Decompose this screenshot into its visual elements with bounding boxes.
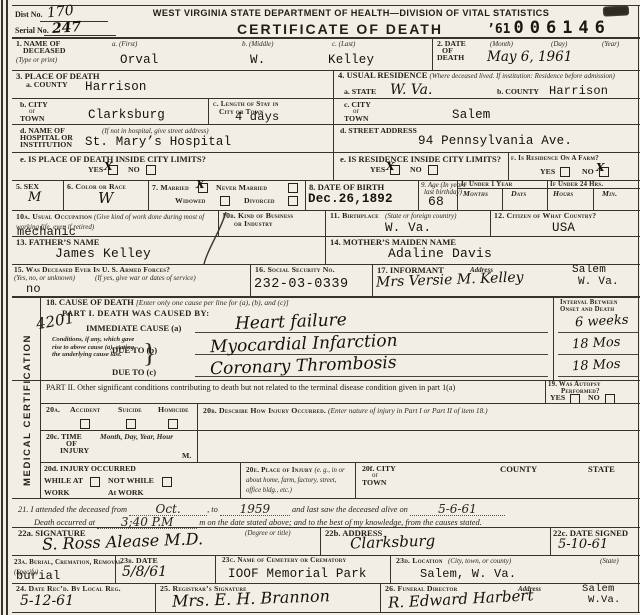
never-married-label: Never Married <box>216 184 267 193</box>
suicide-label: Suicide <box>118 406 142 415</box>
injury-occurred-label: 20d. INJURY OCCURRED <box>44 465 136 474</box>
homicide-checkbox <box>168 419 178 429</box>
first-name-value: Orval <box>120 53 159 67</box>
pen-stroke-artifact <box>196 210 236 268</box>
due-to-c-label: DUE TO (c) <box>112 368 156 377</box>
farm-no-mark: X <box>596 161 605 174</box>
cemetery-label: 23c. Name of Cemetery or Crematory <box>222 557 346 565</box>
burial-value: burial <box>16 569 60 583</box>
street-address-value: 94 Pennsylvania Ave. <box>418 134 572 148</box>
month-label: (Month) <box>490 40 513 48</box>
place-of-injury-header: 20e. Place of Injury (e. g., in or about… <box>246 465 351 495</box>
middle-name-value: W. <box>250 53 265 67</box>
burial-date-value: 5/8/61 <box>122 564 167 580</box>
cause-of-death-header: 18. CAUSE OF DEATH [Enter only one cause… <box>46 298 546 308</box>
death-limits-no-checkbox <box>146 165 156 175</box>
dept-title: WEST VIRGINIA STATE DEPARTMENT OF HEALTH… <box>108 8 594 18</box>
accident-label: Accident <box>70 406 100 415</box>
homicide-label: Homicide <box>158 406 189 415</box>
cemetery-value: IOOF Memorial Park <box>228 567 367 581</box>
top-border <box>12 5 640 6</box>
left-inner-border <box>6 0 8 615</box>
residence-limits-yes-mark: X <box>386 160 395 173</box>
street-address-label: d. STREET ADDRESS <box>340 127 417 136</box>
birthplace-note: (State or foreign country) <box>385 212 456 220</box>
divider <box>208 98 209 124</box>
days-label: Days <box>511 190 526 199</box>
race-label: 6. Color or Race <box>67 183 126 192</box>
length-of-stay-value: 4 days <box>235 110 279 124</box>
farm-label: f. Is Residence On A Farm? <box>511 155 599 163</box>
interval-c-value: 18 Mos <box>572 357 621 375</box>
hours-label: Hours <box>553 190 573 199</box>
divorced-checkbox <box>288 196 298 206</box>
under-24-hrs-label: If Under 24 Hrs. <box>550 181 603 188</box>
place-of-injury-label: 20e. Place of Injury <box>246 466 313 474</box>
birthplace-label: 11. Birthplace <box>330 212 379 221</box>
cause-of-death-note: [Enter only one cause per line for (a), … <box>136 298 289 307</box>
never-married-checkbox <box>288 183 298 193</box>
death-date-value: May 6, 1961 <box>487 49 572 65</box>
rule <box>12 180 640 181</box>
attended-text2: , to <box>207 505 218 514</box>
no-label: NO <box>128 166 140 175</box>
yes-label: YES <box>540 168 555 177</box>
divider <box>380 583 381 612</box>
father-name-value: James Kelley <box>55 246 151 261</box>
certificate-title: CERTIFICATE OF DEATH <box>200 21 480 37</box>
meridiem-label: M. <box>182 452 191 461</box>
stamp-number: 006146 <box>513 18 610 38</box>
business-label2: or Industry <box>234 220 273 229</box>
immediate-cause-label: IMMEDIATE CAUSE (a) <box>86 324 181 333</box>
bottom-border <box>12 612 640 613</box>
birth-date-value: Dec.26,1892 <box>308 192 393 206</box>
rule <box>40 403 640 404</box>
divider <box>418 180 419 210</box>
occupation-label-bold: 10a. Usual Occupation <box>16 212 92 221</box>
at-work-label: At WORK <box>108 489 144 498</box>
residence-city-limits-label: e. IS RESIDENCE INSIDE CITY LIMITS? <box>340 155 501 164</box>
age-value: 68 <box>428 194 444 209</box>
residence-label-bold: 4. USUAL RESIDENCE <box>338 70 428 80</box>
cause-a-value: Heart failure <box>235 310 347 334</box>
funeral-director-address-line2: W.Va. <box>588 594 621 606</box>
ssn-label: 16. Social Security No. <box>255 266 335 275</box>
attended-text5: m on the date stated above; and to the b… <box>199 518 482 527</box>
birthplace-value: W. Va. <box>385 221 431 235</box>
informant-address-line2: W. Va. <box>578 276 619 288</box>
interval-b-line <box>558 354 638 355</box>
day-label: (Day) <box>551 40 567 48</box>
divider <box>325 210 326 264</box>
divider <box>490 210 491 236</box>
work-label: WORK <box>44 489 70 498</box>
divider <box>593 188 594 210</box>
race-value: W <box>98 189 113 207</box>
married-label: 7. Married <box>152 184 189 193</box>
armed-forces-label: 15. Was Deceased Ever In U. S. Armed For… <box>14 266 170 274</box>
name-label2: DECEASED <box>23 47 65 56</box>
left-outer-border <box>1 0 3 615</box>
death-limits-yes-mark: X <box>104 160 113 173</box>
first-name-label: a. (First) <box>112 40 137 48</box>
rule <box>40 462 640 463</box>
last-name-label: c. (Last) <box>332 40 355 48</box>
death-certificate-document: Dist No. 170 WEST VIRGINIA STATE DEPARTM… <box>0 0 640 615</box>
rule <box>12 236 640 237</box>
name-label3: (Type or print) <box>16 56 57 64</box>
date-signed-value: 5-10-61 <box>558 537 608 552</box>
residence-label-note: (Where deceased lived. If institution: R… <box>430 72 615 80</box>
header-rule <box>12 37 640 39</box>
usual-residence-label: 4. USUAL RESIDENCE (Where deceased lived… <box>338 71 636 80</box>
rule <box>12 98 640 99</box>
describe-injury-note: (Enter nature of injury in Part I or Par… <box>328 406 488 415</box>
dist-no-label: Dist No. <box>15 11 43 20</box>
residence-county-label: b. COUNTY <box>497 88 539 97</box>
time-columns-label: Month, Day, Year, Hour <box>100 433 173 442</box>
residence-state-value: W. Va. <box>390 82 432 98</box>
armed-forces-note2: (If yes, give war or dates of service) <box>95 274 196 282</box>
ssn-value: 232-03-0339 <box>254 277 349 292</box>
divider <box>508 152 509 180</box>
divider <box>305 180 306 210</box>
injury-city-label: 20f. CITY <box>362 465 396 474</box>
while-at-label: WHILE AT <box>44 477 83 486</box>
part1-label: PART I. DEATH WAS CAUSED BY: <box>62 309 209 318</box>
sex-value: M <box>28 190 41 205</box>
death-city-label3: TOWN <box>20 115 45 124</box>
divider <box>432 37 433 70</box>
no-label: NO <box>588 394 600 403</box>
citizen-value: USA <box>552 221 575 235</box>
medical-certification-vertical-label: MEDICAL CERTIFICATION <box>22 334 33 486</box>
death-city-value: Clarksburg <box>88 108 165 122</box>
right-border <box>638 6 639 612</box>
burial-label: 23a. Burial, Cremation, Removal <box>14 558 122 566</box>
no-label: NO <box>582 168 594 177</box>
medical-certification-strip: MEDICAL CERTIFICATION <box>13 305 41 515</box>
divider <box>240 462 241 498</box>
burial-location-value: Salem, W. Va. <box>420 567 516 581</box>
widowed-checkbox <box>220 196 230 206</box>
certificate-number-stamp: ’61006146 <box>487 18 611 38</box>
min-label: Min. <box>602 190 617 199</box>
divider <box>355 462 356 498</box>
interval-c-line <box>558 376 638 377</box>
armed-forces-note1: (Yes, no, or unknown) <box>14 274 75 282</box>
divorced-label: Divorced <box>244 197 275 206</box>
divider <box>197 403 198 462</box>
attended-text3: and last saw the deceased alive on <box>292 505 408 514</box>
dist-no-value: 170 <box>46 3 74 22</box>
months-label: Months <box>463 190 488 199</box>
burial-location-label: 23d. Location <box>396 557 443 566</box>
divider <box>333 70 334 180</box>
residence-limits-no-checkbox <box>428 165 438 175</box>
residence-city-label3: TOWN <box>344 115 369 124</box>
divider <box>390 555 391 583</box>
accident-checkbox <box>80 419 90 429</box>
due-to-b-label: DUE TO (b) <box>112 346 157 355</box>
interval-column-divider <box>553 296 554 380</box>
hospital-note: (If not in hospital, give street address… <box>102 127 209 135</box>
interval-a-value: 6 weeks <box>575 313 629 331</box>
mother-name-value: Adaline Davis <box>388 246 492 261</box>
hospital-value: St. Mary’s Hospital <box>85 135 231 149</box>
residence-state-label: a. STATE <box>344 88 376 97</box>
while-at-work-checkbox <box>90 477 100 487</box>
divider <box>63 180 64 210</box>
residence-county-value: Harrison <box>549 84 608 98</box>
death-date-label3: DEATH <box>437 54 464 63</box>
burial-location-note: (City, town, or county) <box>448 557 511 565</box>
registrar-signature-value: Mrs. E. H. Brannon <box>172 586 330 610</box>
not-while-label: NOT WHILE <box>108 477 154 486</box>
divider <box>148 180 149 210</box>
burial-location-state-note: (State) <box>600 557 619 565</box>
divider <box>547 180 548 210</box>
married-mark: X <box>196 178 205 191</box>
interval-label2: Onset and Death <box>560 306 614 313</box>
hospital-label3: INSTITUTION <box>20 141 72 150</box>
rule <box>12 124 640 125</box>
degree-title-label: (Degree or title) <box>245 529 291 537</box>
injury-state-label: STATE <box>588 465 615 474</box>
suicide-checkbox <box>126 419 136 429</box>
rule <box>12 152 640 153</box>
rule <box>40 430 640 431</box>
no-label: NO <box>410 166 422 175</box>
yes-label: YES <box>88 166 103 175</box>
farm-yes-checkbox <box>560 167 570 177</box>
ink-smudge <box>603 5 629 16</box>
citizen-label: 12. Citizen of What Country? <box>494 212 596 221</box>
date-received-value: 5-12-61 <box>20 593 74 609</box>
not-while-at-work-checkbox <box>162 477 172 487</box>
interval-b-value: 18 Mos <box>572 335 621 353</box>
interval-a-line <box>558 332 638 333</box>
divider <box>215 555 216 583</box>
time-of-injury-label3: INJURY <box>60 447 89 456</box>
divider <box>155 583 156 612</box>
yes-label: YES <box>550 394 565 403</box>
death-county-label: a. COUNTY <box>26 81 68 90</box>
injury-city-label3: TOWN <box>362 479 387 488</box>
divider <box>372 264 373 296</box>
armed-forces-value: no <box>26 282 41 296</box>
serial-no-underline <box>44 35 116 36</box>
last-name-value: Kelley <box>328 53 374 67</box>
cause-of-death-label: 18. CAUSE OF DEATH <box>46 297 134 307</box>
residence-city-value: Salem <box>452 108 491 122</box>
death-county-value: Harrison <box>85 80 147 94</box>
yes-label: YES <box>370 166 385 175</box>
signature-address-value: Clarksburg <box>350 532 436 553</box>
middle-name-label: b. (Middle) <box>242 40 274 48</box>
part2-label: PART II. Other significant conditions co… <box>46 383 540 393</box>
under-1-year-label: If Under 1 Year <box>461 181 512 188</box>
describe-injury-label: 20b. Describe How Injury Occurred. <box>203 406 326 415</box>
divider <box>550 527 551 555</box>
year-label: (Year) <box>602 40 619 48</box>
stamp-year: ’61 <box>487 22 510 37</box>
divider <box>502 188 503 210</box>
informant-address-line1: Salem <box>572 264 606 276</box>
describe-injury-header: 20b. Describe How Injury Occurred. (Ente… <box>203 406 633 416</box>
item20a-label: 20a. <box>46 406 60 415</box>
rule <box>12 498 640 499</box>
divider <box>250 264 251 296</box>
divider <box>320 527 321 555</box>
divider <box>545 380 546 403</box>
attended-text4: Death occurred at <box>34 518 95 527</box>
attended-text1: 21. I attended the deceased from <box>18 505 127 514</box>
widowed-label: Widowed <box>175 197 206 206</box>
injury-county-label: COUNTY <box>500 465 537 474</box>
